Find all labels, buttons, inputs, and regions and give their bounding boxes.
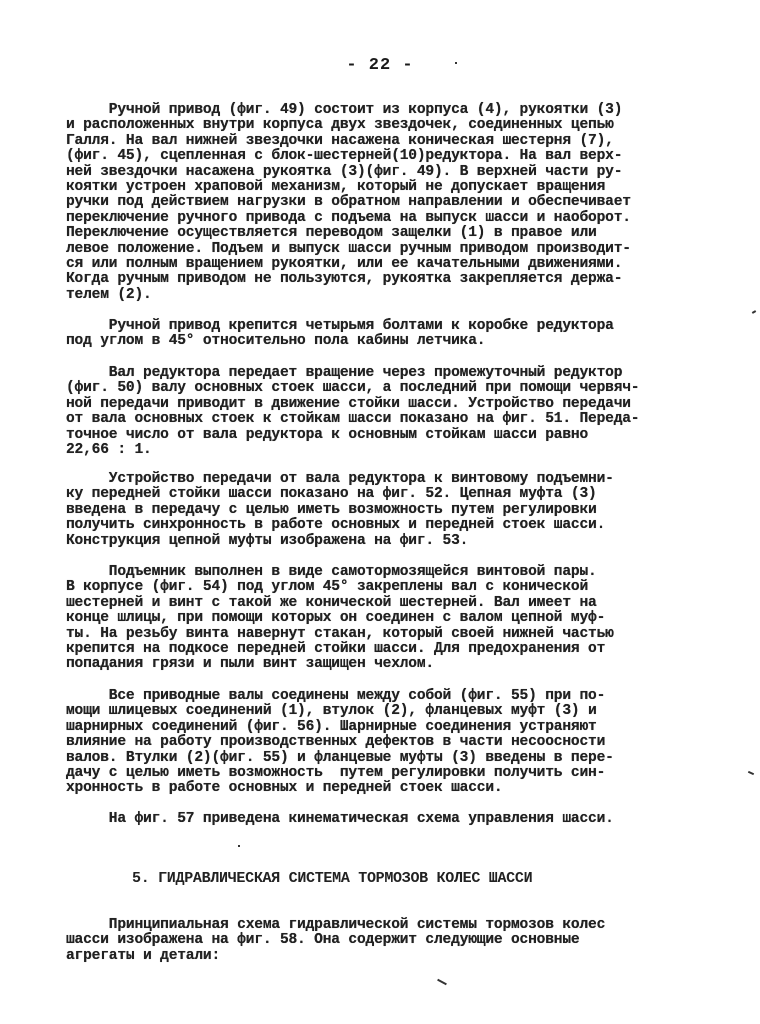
paragraph-drive-mounting: Ручной привод крепится четырьмя болтами … xyxy=(66,319,666,350)
page-number: - 22 - xyxy=(0,56,760,75)
scan-speck xyxy=(748,771,754,775)
document-page: - 22 - Ручной привод (фиг. 49) состоит и… xyxy=(0,0,760,1024)
text-line: агрегаты и детали: xyxy=(66,949,666,964)
text-line: шасси изображена на фиг. 58. Она содержи… xyxy=(66,933,666,948)
text-line: Конструкция цепной муфты изображена на ф… xyxy=(66,534,666,549)
text-line: левое положение. Подъем и выпуск шасси р… xyxy=(66,242,666,257)
text-line: ручки под действием нагрузки в обратном … xyxy=(66,195,666,210)
section-heading: 5. ГИДРАВЛИЧЕСКАЯ СИСТЕМА ТОРМОЗОВ КОЛЕС… xyxy=(132,870,532,887)
text-line: ты. На резьбу винта навернут стакан, кот… xyxy=(66,627,666,642)
text-line: и расположенных внутри корпуса двух звез… xyxy=(66,118,666,133)
text-line: мощи шлицевых соединений (1), втулок (2)… xyxy=(66,704,666,719)
scan-speck xyxy=(437,979,447,985)
text-line: телем (2). xyxy=(66,288,666,303)
text-line: валов. Втулки (2)(фиг. 55) и фланцевые м… xyxy=(66,751,666,766)
text-line: Ручной привод (фиг. 49) состоит из корпу… xyxy=(66,103,666,118)
text-line: влияние на работу производственных дефек… xyxy=(66,735,666,750)
text-line: переключение ручного привода с подъема н… xyxy=(66,211,666,226)
paragraph-drive-shafts: Все приводные валы соединены между собой… xyxy=(66,689,666,797)
text-line: получить синхронность в работе основных … xyxy=(66,518,666,533)
scan-speck xyxy=(238,845,240,847)
text-line: ся или полным вращением рукоятки, или ее… xyxy=(66,257,666,272)
text-line: ной передачи приводит в движение стойки … xyxy=(66,397,666,412)
paragraph-kinematic-scheme: На фиг. 57 приведена кинематическая схем… xyxy=(66,812,666,827)
text-line: хронность в работе основных и передней с… xyxy=(66,781,666,796)
text-line: введена в передачу с целью иметь возможн… xyxy=(66,503,666,518)
text-line: крепится на подкосе передней стойки шасс… xyxy=(66,642,666,657)
text-line: точное число от вала редуктора к основны… xyxy=(66,428,666,443)
paragraph-front-strut-transmission: Устройство передачи от вала редуктора к … xyxy=(66,472,666,549)
scan-speck xyxy=(752,310,756,314)
text-line: шестерней и винт с такой же конической ш… xyxy=(66,596,666,611)
text-line: Переключение осуществляется переводом за… xyxy=(66,226,666,241)
text-line: Когда ручным приводом не пользуются, рук… xyxy=(66,272,666,287)
text-line: ней звездочки насажена рукоятка (3)(фиг.… xyxy=(66,165,666,180)
text-line: Галля. На вал нижней звездочки насажена … xyxy=(66,134,666,149)
paragraph-hydraulic-brakes: Принципиальная схема гидравлической сист… xyxy=(66,918,666,964)
text-line: конце шлицы, при помощи которых он соеди… xyxy=(66,611,666,626)
text-line: (фиг. 45), сцепленная с блок-шестерней(1… xyxy=(66,149,666,164)
text-line: 22,66 : 1. xyxy=(66,443,666,458)
text-line: шарнирных соединений (фиг. 56). Шарнирны… xyxy=(66,720,666,735)
text-line: На фиг. 57 приведена кинематическая схем… xyxy=(66,812,666,827)
paragraph-lift-mechanism: Подъемник выполнен в виде самотормозящей… xyxy=(66,565,666,673)
text-line: под углом в 45° относительно пола кабины… xyxy=(66,334,666,349)
scan-speck xyxy=(455,62,457,64)
text-line: В корпусе (фиг. 54) под углом 45° закреп… xyxy=(66,580,666,595)
paragraph-manual-drive: Ручной привод (фиг. 49) состоит из корпу… xyxy=(66,103,666,303)
paragraph-reducer-shaft: Вал редуктора передает вращение через пр… xyxy=(66,366,666,458)
text-line: от вала основных стоек к стойкам шасси п… xyxy=(66,412,666,427)
text-line: ку передней стойки шасси показано на фиг… xyxy=(66,487,666,502)
text-line: попадания грязи и пыли винт защищен чехл… xyxy=(66,657,666,672)
text-line: (фиг. 50) валу основных стоек шасси, а п… xyxy=(66,381,666,396)
